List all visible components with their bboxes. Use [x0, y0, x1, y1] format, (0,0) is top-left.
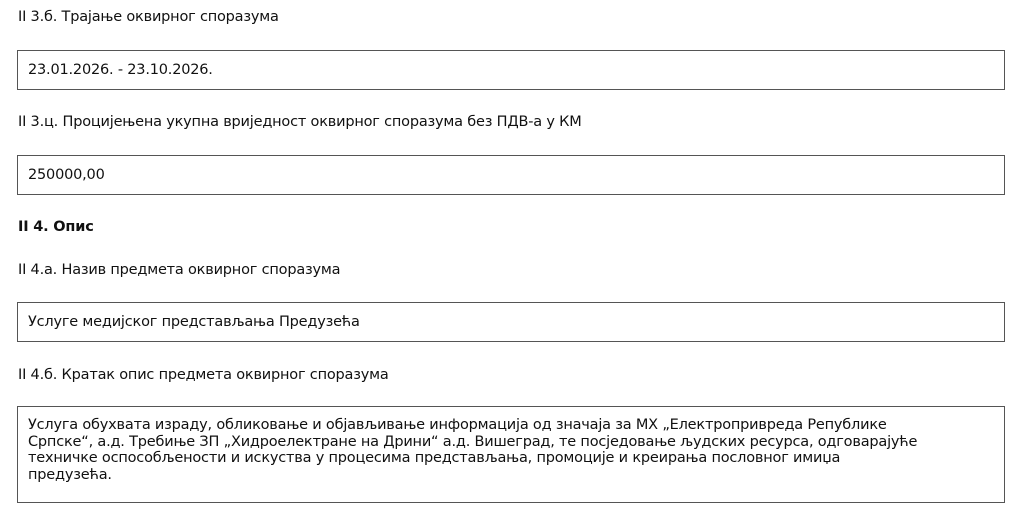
estimated-value-label: II 3.ц. Процијењена укупна вриједност ок… — [18, 113, 582, 131]
subject-name-label: II 4.а. Назив предмета оквирног споразум… — [18, 261, 340, 279]
estimated-value-field: 250000,00 — [17, 155, 1005, 195]
section-heading-description: II 4. Опис — [18, 218, 94, 236]
description-line: техничке оспособљености и искуства у про… — [28, 450, 994, 467]
short-description-field: Услуга обухвата израду, обликовање и обј… — [17, 406, 1005, 503]
description-line: Српске“, а.д. Требиње ЗП „Хидроелектране… — [28, 434, 994, 451]
framework-duration-value: 23.01.2026. - 23.10.2026. — [28, 62, 213, 79]
subject-name-field: Услуге медијског представљања Предузећа — [17, 302, 1005, 342]
estimated-value-value: 250000,00 — [28, 167, 105, 184]
framework-duration-label: II 3.б. Трајање оквирног споразума — [18, 8, 279, 26]
subject-name-value: Услуге медијског представљања Предузећа — [28, 314, 360, 331]
framework-duration-field: 23.01.2026. - 23.10.2026. — [17, 50, 1005, 90]
description-line: Услуга обухвата израду, обликовање и обј… — [28, 417, 994, 434]
short-description-label: II 4.б. Кратак опис предмета оквирног сп… — [18, 366, 389, 384]
description-line: предузећа. — [28, 467, 994, 484]
